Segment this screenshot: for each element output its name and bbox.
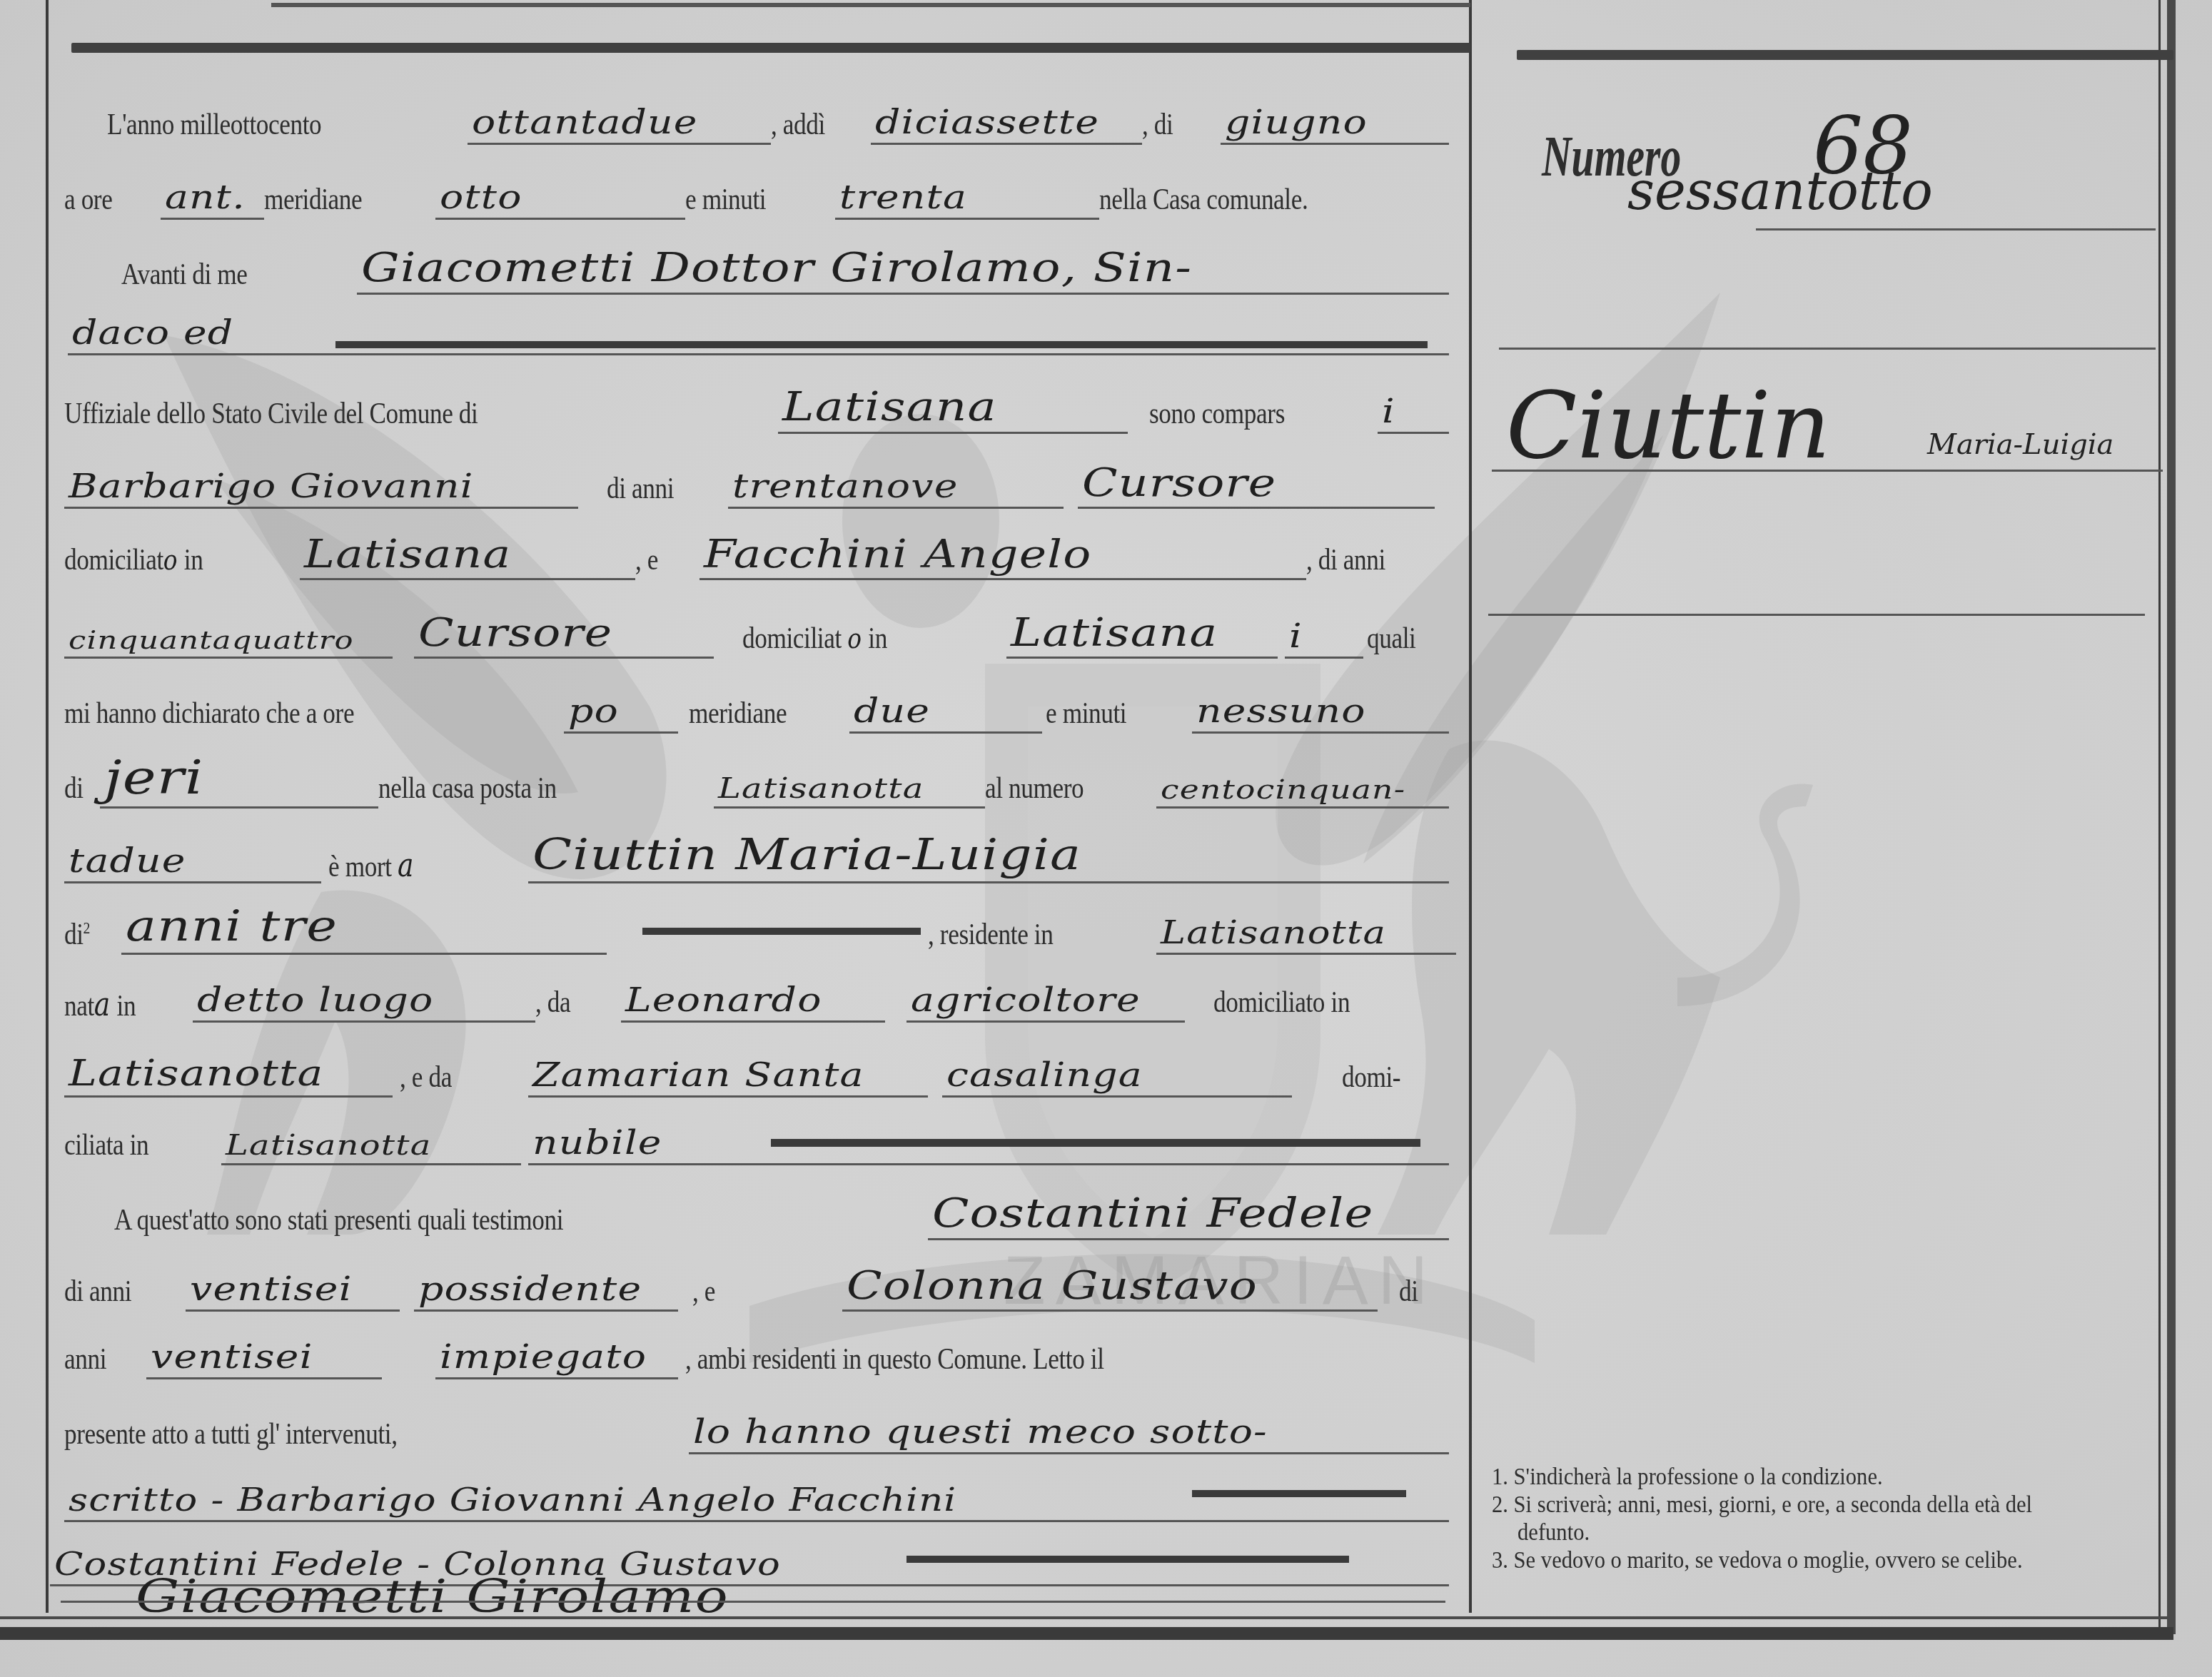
line-8-b: quali bbox=[1367, 621, 1415, 656]
line-5-a: Uffiziale dello Stato Civile del Comune … bbox=[64, 396, 478, 431]
comune-field: Latisana bbox=[778, 396, 1128, 434]
signature-rule bbox=[61, 1601, 1445, 1603]
father-dom-field: Latisanotta bbox=[64, 1060, 393, 1098]
line-18-b: , ambi residenti in questo Comune. Letto… bbox=[685, 1342, 1104, 1377]
line-10-a: di bbox=[64, 771, 84, 806]
line-15-a: ciliata in bbox=[64, 1128, 148, 1162]
death-hour-field: due bbox=[849, 696, 1042, 734]
top-rule-faint bbox=[271, 3, 1470, 7]
testimone2-prof-field: impiegato bbox=[435, 1342, 678, 1379]
testimone2-name-field: Colonna Gustavo bbox=[842, 1274, 1378, 1312]
declarant2-prof-field: Cursore bbox=[414, 621, 714, 659]
right-section-rule bbox=[1488, 614, 2145, 616]
declarant2-name-field: Facchini Angelo bbox=[700, 542, 1306, 580]
death-ampm-field: po bbox=[564, 696, 678, 734]
mayor-signature: Giacometti Girolamo bbox=[50, 1538, 1449, 1631]
footnote-2: 2. Si scriverà; anni, mesi, giorni, e or… bbox=[1492, 1491, 2070, 1546]
line-7-a: domiciliato in bbox=[64, 542, 203, 577]
line-7-b: , e bbox=[635, 542, 658, 577]
line-1-b: , addì bbox=[771, 107, 825, 142]
column-divider bbox=[1469, 0, 1472, 1613]
testimone1-age-field: ventisei bbox=[186, 1274, 400, 1312]
line-18-a: anni bbox=[64, 1342, 106, 1377]
line-5-b: sono compars bbox=[1149, 396, 1285, 431]
closing-statement-field: lo hanno questi meco sotto- bbox=[689, 1417, 1449, 1454]
right-border-outer bbox=[2167, 0, 2176, 1634]
line-11-a: è mort a bbox=[328, 846, 414, 884]
deceased-given-names: Maria-Luigia bbox=[1927, 428, 2113, 461]
declarant1-dom-field: Latisana bbox=[300, 542, 635, 580]
footnotes: 1. S'indicherà la professione o la condi… bbox=[1492, 1463, 2070, 1574]
line-9-a: mi hanno dichiarato che a ore bbox=[64, 696, 354, 731]
line-10-c: al numero bbox=[985, 771, 1084, 806]
footnote-1: 1. S'indicherà la professione o la condi… bbox=[1492, 1463, 2070, 1491]
name-rule bbox=[1492, 470, 2163, 472]
declarant1-age-field: trentanove bbox=[728, 471, 1064, 509]
top-rule-right bbox=[1517, 50, 2173, 60]
witness1-name-field: Barbarigo Giovanni bbox=[64, 471, 578, 509]
line-14-b: domi- bbox=[1342, 1060, 1400, 1095]
line-12-b: , residente in bbox=[928, 917, 1053, 952]
deceased-age-field: anni tre bbox=[121, 917, 607, 955]
right-border-inner bbox=[2158, 0, 2161, 1631]
line-3-a: Avanti di me bbox=[121, 257, 248, 292]
line-10-b: nella casa posta in bbox=[378, 771, 557, 806]
line-2-d: nella Casa comunale. bbox=[1099, 182, 1308, 217]
testimone2-age-field: ventisei bbox=[146, 1342, 382, 1379]
compars-suffix-field: i bbox=[1378, 396, 1449, 434]
mother-dom-field: Latisanotta bbox=[221, 1128, 521, 1165]
line-17-c: di bbox=[1399, 1274, 1418, 1309]
line-2-b: meridiane bbox=[264, 182, 362, 217]
year-field: ottantadue bbox=[468, 107, 771, 145]
line-16-a: A quest'atto sono stati presenti quali t… bbox=[114, 1202, 563, 1237]
top-rule-left bbox=[71, 43, 1470, 53]
birthplace-field: detto luogo bbox=[193, 985, 535, 1023]
line-8-a: domiciliat o in bbox=[742, 621, 887, 656]
officer-title-field: daco ed bbox=[68, 318, 1449, 355]
line-1: L'anno milleottocento bbox=[107, 107, 321, 142]
death-day-field: jeri bbox=[100, 771, 378, 809]
line-7-c: , di anni bbox=[1306, 542, 1385, 577]
declarant2-age-field: cinquantaquattro bbox=[64, 621, 393, 659]
death-minute-field: nessuno bbox=[1192, 696, 1449, 734]
father-prof-field: agricoltore bbox=[906, 985, 1185, 1023]
line-17-b: , e bbox=[692, 1274, 715, 1309]
line-17-a: di anni bbox=[64, 1274, 131, 1309]
line-1-c: , di bbox=[1142, 107, 1173, 142]
ampm-field: ant. bbox=[161, 182, 264, 220]
cancel-bar-1 bbox=[335, 341, 1428, 348]
hour-field: otto bbox=[435, 182, 685, 220]
document-page: ZAMARIAN L'anno milleottocento ottantadu… bbox=[0, 0, 2212, 1677]
testimone1-name-field: Costantini Fedele bbox=[928, 1202, 1449, 1240]
declarant2-dom-field: Latisana bbox=[1006, 621, 1278, 659]
line-2-c: e minuti bbox=[685, 182, 766, 217]
house-number-cont-field: tadue bbox=[64, 846, 321, 883]
officer-field: Giacometti Dottor Girolamo, Sin- bbox=[357, 257, 1449, 295]
line-9-c: e minuti bbox=[1046, 696, 1126, 731]
father-name-field: Leonardo bbox=[621, 985, 885, 1023]
mother-name-field: Zamarian Santa bbox=[528, 1060, 928, 1098]
numero-words-rule bbox=[1499, 348, 2156, 350]
numero-rule bbox=[1756, 228, 2156, 230]
deceased-name-field: Ciuttin Maria-Luigia bbox=[528, 846, 1449, 883]
death-place-field: Latisanotta bbox=[714, 771, 985, 809]
line-13-c: domiciliato in bbox=[1213, 985, 1350, 1020]
line-12-a: di2 bbox=[64, 917, 90, 952]
line-2-a: a ore bbox=[64, 182, 112, 217]
line-9-b: meridiane bbox=[689, 696, 787, 731]
footnote-3: 3. Se vedovo o marito, se vedova o mogli… bbox=[1492, 1546, 2070, 1574]
house-number-field: centocinquan- bbox=[1156, 771, 1449, 809]
line-19-a: presente atto a tutti gl' intervenuti, bbox=[64, 1417, 398, 1451]
numero-words: sessantotto bbox=[1627, 161, 1933, 222]
line-6-a: di anni bbox=[607, 471, 674, 506]
residence-field: Latisanotta bbox=[1156, 917, 1456, 955]
day-field: diciassette bbox=[871, 107, 1142, 145]
declarant1-prof-field: Cursore bbox=[1078, 471, 1435, 509]
left-border bbox=[46, 0, 49, 1613]
month-field: giugno bbox=[1221, 107, 1449, 145]
cancel-bar-4 bbox=[1192, 1490, 1406, 1497]
quali-suffix-field: i bbox=[1285, 621, 1363, 659]
testimone1-prof-field: possidente bbox=[414, 1274, 678, 1312]
line-13-a: nata in bbox=[64, 985, 136, 1023]
minute-field: trenta bbox=[835, 182, 1099, 220]
mother-prof-field: casalinga bbox=[942, 1060, 1292, 1098]
line-13-b: , da bbox=[535, 985, 570, 1020]
deceased-surname: Ciuttin bbox=[1506, 371, 1831, 480]
cancel-bar-2 bbox=[642, 928, 921, 935]
line-14-a: , e da bbox=[400, 1060, 452, 1095]
cancel-bar-3 bbox=[771, 1139, 1420, 1147]
